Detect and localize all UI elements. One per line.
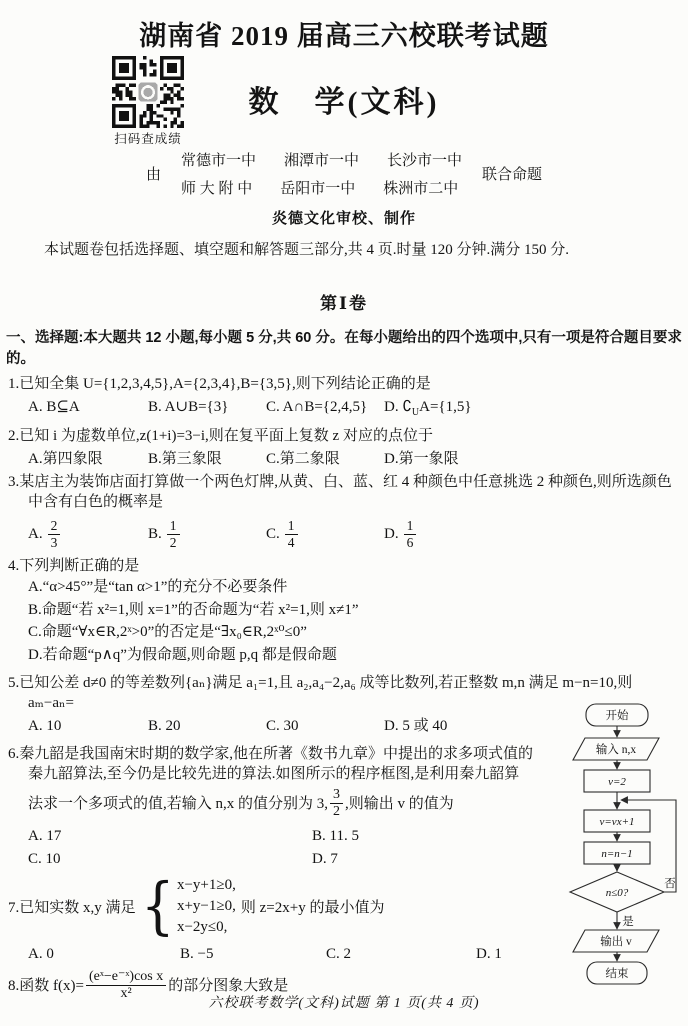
qr-code [112,56,184,128]
q7-pre: 7.已知实数 x,y 满足 [8,896,136,917]
school-rows: 常德市一中 湘潭市一中 长沙市一中 师 大 附 中 岳阳市一中 株洲市二中 [181,149,462,198]
q7-ineq-3: x−2y≤0, [177,917,236,938]
yes-label: 是 [622,915,634,928]
fraction: 23 [48,518,61,550]
q4-option-c: C.命题“∀x∈R,2ˣ>0”的否定是“∃x₀∈R,2ˣ⁰≤0” [8,621,680,644]
q6-stem-line3: 法求一个多项式的值,若输入 n,x 的值分别为 3, 32 ,则输出 v 的值为 [8,787,546,820]
question-6: 6.秦九韶是我国南宋时期的数学家,他在所著《数书九章》中提出的求多项式值的秦九韶… [8,744,546,869]
q2-option-a: A.第四象限 [28,449,148,469]
q1-optd-pre: D. ∁ [384,399,412,415]
q6-options-row1: A. 17 B. 11. 5 [8,826,546,846]
q7-ineq-1: x−y+1≥0, [177,875,236,896]
q1-stem: 1.已知全集 U={1,2,3,4,5},A={2,3,4},B={3,5},则… [8,374,680,394]
assign2-label: n=n−1 [601,848,632,860]
no-label: 否 [664,877,676,890]
q6-stem: 6.秦九韶是我国南宋时期的数学家,他在所著《数书九章》中提出的求多项式值的秦九韶… [8,744,546,784]
q1-option-d: D. ∁UA={1,5} [384,397,472,423]
q2-option-c: C.第二象限 [266,449,384,469]
q2-option-d: D.第一象限 [384,449,459,469]
q6-option-b: B. 11. 5 [312,826,359,846]
q7-brace: { [140,880,174,933]
producer-line: 炎德文化审校、制作 [0,207,688,228]
section1-header: 一、选择题:本大题共 12 小题,每小题 5 分,共 60 分。在每小题给出的四… [6,328,682,370]
q1-optd-post: A={1,5} [419,399,471,415]
q1-option-a: A. B⊆A [28,397,148,423]
q3-stem: 3.某店主为装饰店面打算做一个两色灯牌,从黄、白、蓝、红 4 种颜色中任意挑选 … [8,472,680,512]
q3-options: A. 23 B. 12 C. 14 D. 16 [8,518,680,550]
q1-option-c: C. A∩B={2,4,5} [266,397,384,423]
end-label: 结束 [606,966,629,980]
init-label: v=2 [608,776,626,788]
school-credits: 由 常德市一中 湘潭市一中 长沙市一中 师 大 附 中 岳阳市一中 株洲市二中 … [0,149,688,198]
q7-system: x−y+1≥0, x+y−1≥0, x−2y≤0, [177,875,236,938]
school-name: 岳阳市一中 [280,177,355,198]
q6-option-c: C. 10 [28,849,312,869]
q7-stem: 7.已知实数 x,y 满足 { x−y+1≥0, x+y−1≥0, x−2y≤0… [8,875,546,938]
q5-option-b: B. 20 [148,716,266,736]
fraction: 12 [167,518,180,550]
question-7: 7.已知实数 x,y 满足 { x−y+1≥0, x+y−1≥0, x−2y≤0… [8,875,546,964]
q3-option-b: B. 12 [148,518,266,550]
q4-options: A.“α>45°”是“tan α>1”的充分不必要条件 B.命题“若 x²=1,… [8,576,680,666]
q5-option-a: A. 10 [28,716,148,736]
q5-option-c: C. 30 [266,716,384,736]
q3-option-c: C. 14 [266,518,384,550]
q6-line3-pre: 法求一个多项式的值,若输入 n,x 的值分别为 3, [28,795,328,813]
fraction: 16 [404,518,417,550]
fraction: 32 [330,787,343,820]
start-label: 开始 [606,708,629,722]
school-row-1: 常德市一中 湘潭市一中 长沙市一中 [181,149,462,170]
q3-optb-label: B. [148,524,162,544]
fraction: 14 [285,518,298,550]
school-row-2: 师 大 附 中 岳阳市一中 株洲市二中 [181,177,462,198]
q4-stem: 4.下列判断正确的是 [8,556,680,576]
question-4: 4.下列判断正确的是 A.“α>45°”是“tan α>1”的充分不必要条件 B… [8,556,680,666]
q7-option-b: B. −5 [180,944,326,964]
intro-paragraph: 本试题卷包括选择题、填空题和解答题三部分,共 4 页.时量 120 分钟.满分 … [14,240,674,261]
qr-block: 扫码查成绩 [102,56,194,147]
q7-post: 则 z=2x+y 的最小值为 [241,896,385,917]
q7-option-c: C. 2 [326,944,476,964]
flowchart-svg: 开始 输入 n,x v=2 v=vx+1 n=n−1 n≤0? 否 是 输出 v… [560,700,686,992]
q3-option-d: D. 16 [384,518,418,550]
q3-opta-label: A. [28,524,43,544]
q7-option-d: D. 1 [476,944,502,964]
q4-option-d: D.若命题“p∧q”为假命题,则命题 p,q 都是假命题 [8,644,680,667]
qr-center-logo [138,82,157,101]
q2-option-b: B.第三象限 [148,449,266,469]
q6-option-d: D. 7 [312,849,338,869]
page-title: 湖南省 2019 届高三六校联考试题 [0,0,688,53]
qr-caption: 扫码查成绩 [102,129,194,147]
part1-title: 第Ⅰ卷 [0,289,688,314]
q4-option-b: B.命题“若 x²=1,则 x=1”的否命题为“若 x²=1,则 x≠1” [8,599,680,622]
school-name: 湘潭市一中 [284,149,359,170]
q2-stem: 2.已知 i 为虚数单位,z(1+i)=3−i,则在复平面上复数 z 对应的点位… [8,426,680,446]
q7-options: A. 0 B. −5 C. 2 D. 1 [8,944,546,964]
question-3: 3.某店主为装饰店面打算做一个两色灯牌,从黄、白、蓝、红 4 种颜色中任意挑选 … [8,472,680,550]
school-name: 师 大 附 中 [181,177,252,198]
q7-option-a: A. 0 [28,944,180,964]
joint-label: 联合命题 [482,163,542,184]
condition-label: n≤0? [606,887,629,899]
q3-optc-label: C. [266,524,280,544]
input-label: 输入 n,x [596,742,636,756]
q2-options: A.第四象限 B.第三象限 C.第二象限 D.第一象限 [8,449,680,469]
algorithm-flowchart: 开始 输入 n,x v=2 v=vx+1 n=n−1 n≤0? 否 是 输出 v… [560,700,686,992]
school-name: 常德市一中 [181,149,256,170]
output-label: 输出 v [600,934,632,948]
assign1-label: v=vx+1 [600,816,635,828]
q5-option-d: D. 5 或 40 [384,716,447,736]
school-name: 长沙市一中 [387,149,462,170]
question-2: 2.已知 i 为虚数单位,z(1+i)=3−i,则在复平面上复数 z 对应的点位… [8,426,680,469]
q6-line3-post: ,则输出 v 的值为 [345,795,454,813]
by-label: 由 [146,163,161,184]
school-name: 株洲市二中 [383,177,458,198]
exam-page: 湖南省 2019 届高三六校联考试题 扫码查成绩 数 学(文科) 由 常德市一中… [0,0,688,1026]
q6-option-a: A. 17 [28,826,312,846]
q3-option-a: A. 23 [28,518,148,550]
q1-options: A. B⊆A B. A∪B={3} C. A∩B={2,4,5} D. ∁UA=… [8,397,680,423]
q4-option-a: A.“α>45°”是“tan α>1”的充分不必要条件 [8,576,680,599]
q3-optd-label: D. [384,524,399,544]
q7-ineq-2: x+y−1≥0, [177,896,236,917]
q1-option-b: B. A∪B={3} [148,397,266,423]
q6-options-row2: C. 10 D. 7 [8,849,546,869]
page-footer: 六校联考数学(文科)试题 第 1 页(共 4 页) [0,992,688,1012]
question-1: 1.已知全集 U={1,2,3,4,5},A={2,3,4},B={3,5},则… [8,374,680,423]
